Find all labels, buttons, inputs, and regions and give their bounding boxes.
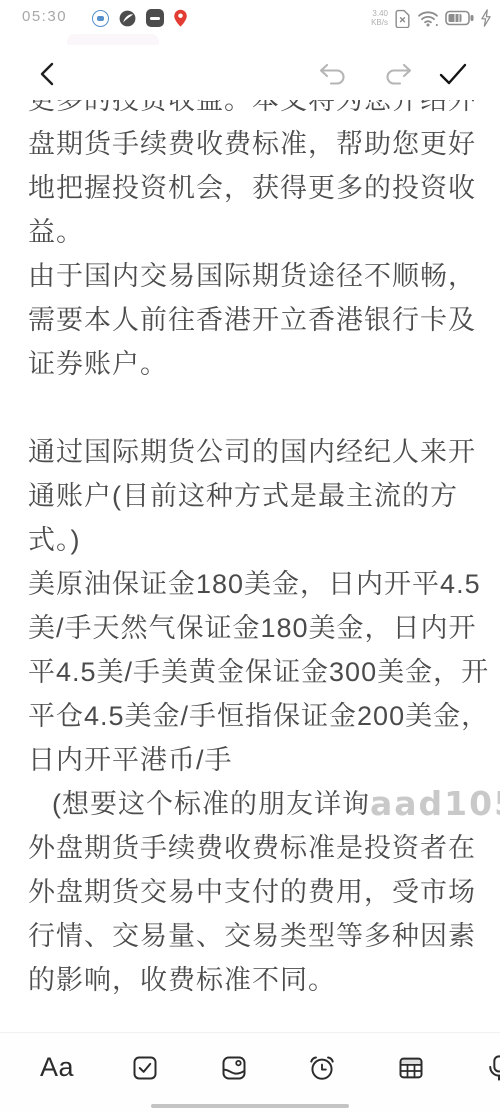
note-line-text: 外盘期货交易中支付的费用，受市场 <box>28 877 476 907</box>
notification-icons <box>92 7 188 29</box>
note-line-text: 行情、交易量、交易类型等多种因素 <box>28 921 476 951</box>
note-line: 外盘期货交易中支付的费用，受市场 <box>28 870 500 914</box>
location-pin-icon <box>173 9 188 28</box>
note-line-text: 盘期货手续费收费标准，帮助您更好 <box>28 129 476 159</box>
note-line: 日内开平港币/手 <box>28 738 500 782</box>
text-format-button[interactable]: Aa <box>40 1051 74 1085</box>
note-line-text: 通过国际期货公司的国内经纪人来开 <box>28 437 476 467</box>
ring-app-icon <box>92 10 109 27</box>
note-line: 美原油保证金180美金，日内开平4.5 <box>28 562 500 606</box>
swoosh-app-icon <box>118 9 137 28</box>
note-content[interactable]: 更多的投资收益。本文将为您介绍外盘期货手续费收费标准，帮助您更好地把握投资机会，… <box>28 100 500 1032</box>
insert-table-icon <box>397 1054 425 1082</box>
insert-table-button[interactable] <box>394 1051 428 1085</box>
insert-image-icon <box>220 1054 248 1082</box>
insert-image-button[interactable] <box>217 1051 251 1085</box>
note-line: 式。) <box>28 518 500 562</box>
note-line: 益。 <box>28 210 500 254</box>
note-line-text: 通账户(目前这种方式是最主流的方 <box>28 481 458 511</box>
note-line: 地把握投资机会，获得更多的投资收 <box>28 166 500 210</box>
note-line-text: 地把握投资机会，获得更多的投资收 <box>28 173 476 203</box>
note-line: 平仓4.5美金/手恒指保证金200美金， <box>28 694 500 738</box>
note-line-text: 平4.5美/手美黄金保证金300美金，开 <box>28 657 489 687</box>
note-line: 盘期货手续费收费标准，帮助您更好 <box>28 122 500 166</box>
microphone-icon <box>485 1054 500 1082</box>
note-line: 外盘期货手续费收费标准是投资者在 <box>28 826 500 870</box>
checklist-button[interactable] <box>128 1051 162 1085</box>
note-line: 行情、交易量、交易类型等多种因素 <box>28 914 500 958</box>
checklist-icon <box>131 1054 159 1082</box>
confirm-button[interactable] <box>436 57 470 91</box>
note-line: 的影响，收费标准不同。 <box>28 958 500 1002</box>
redo-button[interactable] <box>381 57 415 91</box>
network-speed: 3.40 KB/s <box>371 9 388 27</box>
bottom-toolbar: Aa <box>0 1032 500 1112</box>
note-line-text: 的影响，收费标准不同。 <box>28 965 336 995</box>
undo-icon <box>318 61 348 87</box>
redo-icon <box>383 61 413 87</box>
undo-button[interactable] <box>316 57 350 91</box>
note-line-text: 美/手天然气保证金180美金，日内开 <box>28 613 477 643</box>
note-line-text: 需要本人前往香港开立香港银行卡及 <box>28 305 476 335</box>
note-line-text: 外盘期货手续费收费标准是投资者在 <box>28 833 476 863</box>
note-line: 通过国际期货公司的国内经纪人来开 <box>28 430 500 474</box>
note-line: 美/手天然气保证金180美金，日内开 <box>28 606 500 650</box>
voice-input-button[interactable] <box>482 1051 500 1085</box>
home-indicator[interactable] <box>151 1104 349 1108</box>
checkmark-icon <box>438 61 468 87</box>
text-format-label: Aa <box>40 1052 74 1083</box>
note-line-text: 平仓4.5美金/手恒指保证金200美金， <box>28 701 489 731</box>
note-line: 更多的投资收益。本文将为您介绍外 <box>28 100 500 122</box>
reminder-button[interactable] <box>305 1051 339 1085</box>
status-bar: 05:30 3.40 KB/s <box>0 0 500 36</box>
note-line-text: 更多的投资收益。本文将为您介绍外 <box>28 100 476 115</box>
chevron-left-icon <box>36 61 58 87</box>
note-line-text: 式。) <box>28 525 81 555</box>
reminder-clock-icon <box>308 1054 336 1082</box>
note-line-text: 美原油保证金180美金，日内开平4.5 <box>28 569 481 599</box>
note-line: 由于国内交易国际期货途径不顺畅， <box>28 254 500 298</box>
status-time: 05:30 <box>22 8 67 25</box>
wifi-icon <box>417 9 439 27</box>
note-editor-screen: 05:30 3.40 KB/s <box>0 0 500 1112</box>
note-line-text: 证券账户。 <box>28 349 168 379</box>
charging-bolt-icon <box>480 9 492 27</box>
edit-toolbar <box>0 45 500 100</box>
note-line: 通账户(目前这种方式是最主流的方 <box>28 474 500 518</box>
note-line-text: (想要这个标准的朋友详询 <box>52 789 370 819</box>
battery-icon <box>445 10 474 26</box>
note-line-text: 益。 <box>28 217 84 247</box>
watermark-text: aad105 <box>370 784 500 823</box>
system-status-icons: 3.40 KB/s <box>371 5 492 31</box>
note-line-text: 日内开平港币/手 <box>28 745 233 775</box>
note-line-text <box>28 393 37 423</box>
note-line <box>28 386 500 430</box>
note-line: 平4.5美/手美黄金保证金300美金，开 <box>28 650 500 694</box>
back-button[interactable] <box>30 57 64 91</box>
note-line-text: 由于国内交易国际期货途径不顺畅， <box>28 261 476 291</box>
note-line: 需要本人前往香港开立香港银行卡及 <box>28 298 500 342</box>
note-line: (想要这个标准的朋友详询aad105 <box>28 782 500 826</box>
note-line: 证券账户。 <box>28 342 500 386</box>
square-app-icon <box>146 9 164 27</box>
sim-card-icon <box>394 9 411 28</box>
